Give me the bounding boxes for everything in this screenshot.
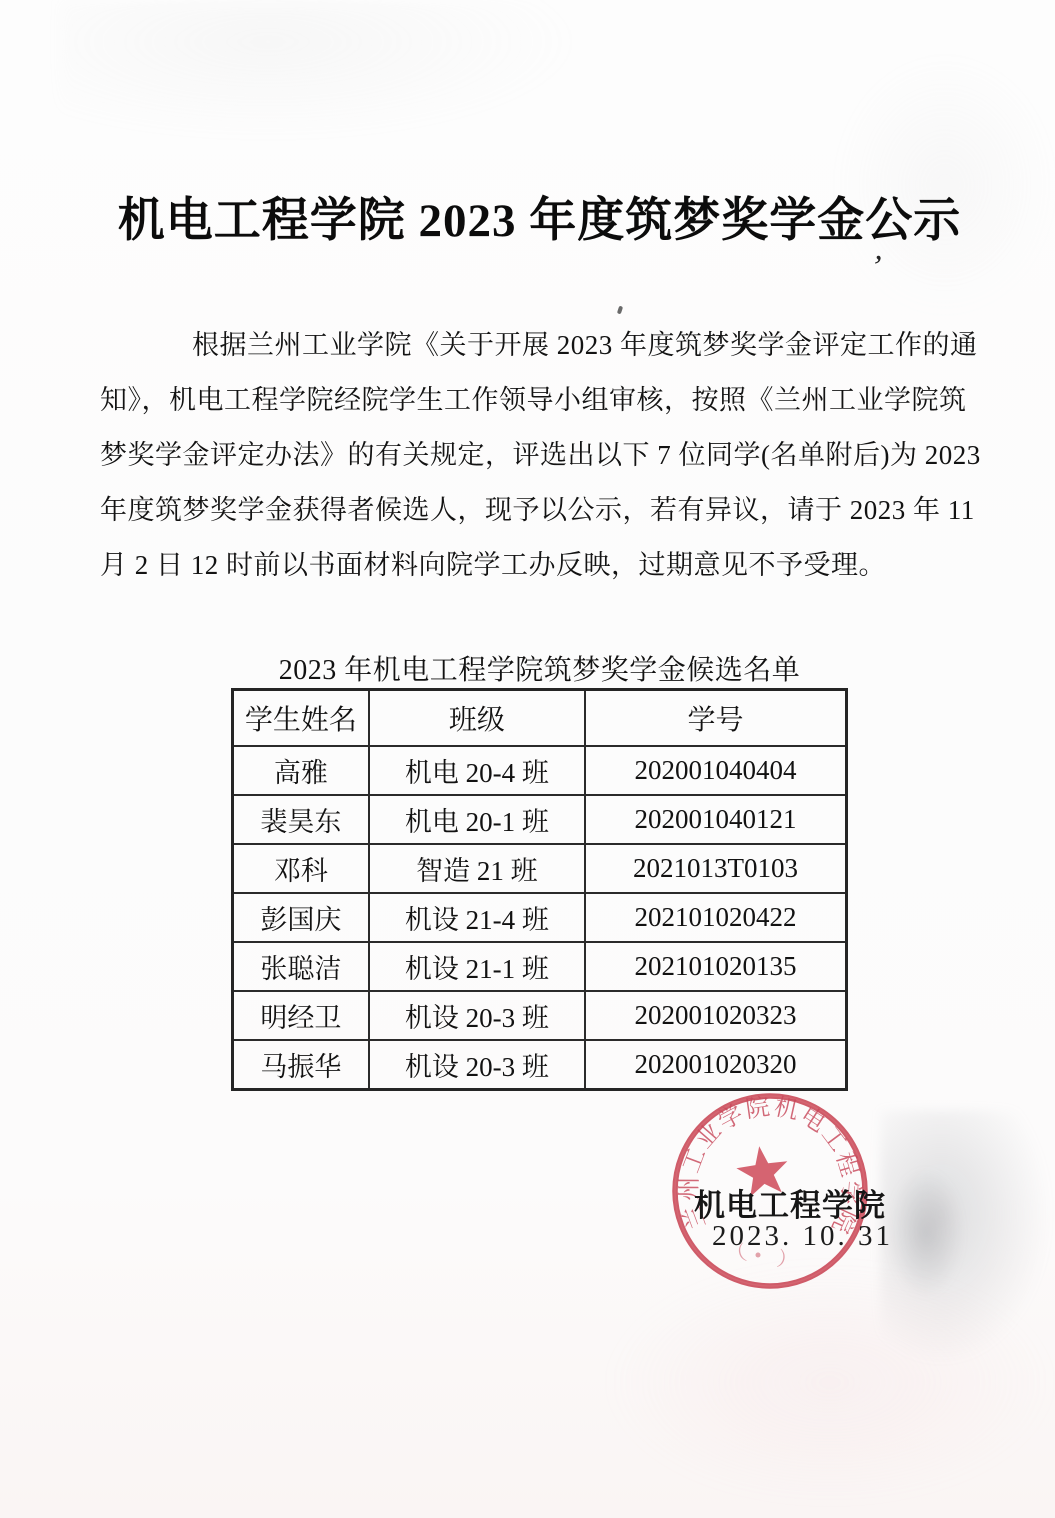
cell-class: 智造 21 班 [369, 844, 585, 893]
paragraph-line: 知》，机电工程学院经院学生工作领导小组审核，按照《兰州工业学院筑 [100, 373, 1000, 428]
cell-student-name: 马振华 [233, 1040, 369, 1090]
seal-signature-text: 机电工程学院 [694, 1180, 886, 1225]
scan-smudge [60, 0, 580, 140]
cell-student-name: 彭国庆 [233, 893, 369, 942]
cell-student-id: 202001020320 [585, 1040, 846, 1090]
scan-smudge [888, 1168, 963, 1298]
table-row: 邓科 智造 21 班 2021013T0103 [233, 844, 847, 893]
table-row: 马振华 机设 20-3 班 202001020320 [233, 1040, 847, 1090]
scanned-document-page: 机电工程学院 2023 年度筑梦奖学金公示 ’ 根据兰州工业学院《关于开展 20… [0, 0, 1055, 1518]
scan-speck [617, 306, 623, 315]
scan-artifact-mark: ’ [870, 249, 885, 282]
cell-student-id: 202101020135 [585, 942, 846, 991]
cell-student-id: 202001020323 [585, 991, 846, 1040]
candidates-table: 学生姓名 班级 学号 高雅 机电 20-4 班 202001040404 裴昊东… [231, 688, 848, 1091]
seal-date-text: 2023. 10. 31 [712, 1220, 893, 1253]
cell-class: 机设 21-4 班 [369, 893, 585, 942]
scan-smudge [610, 1265, 1050, 1500]
cell-class: 机设 20-3 班 [369, 1040, 585, 1090]
cell-student-id: 2021013T0103 [585, 844, 846, 893]
cell-student-name: 高雅 [233, 746, 369, 795]
cell-class: 机设 21-1 班 [369, 942, 585, 991]
paragraph-line: 月 2 日 12 时前以书面材料向院学工办反映，过期意见不予受理。 [100, 538, 1000, 593]
cell-student-name: 张聪洁 [233, 942, 369, 991]
cell-class: 机电 20-4 班 [369, 746, 585, 795]
column-header-class: 班级 [369, 690, 585, 747]
table-row: 明经卫 机设 20-3 班 202001020323 [233, 991, 847, 1040]
document-title: 机电工程学院 2023 年度筑梦奖学金公示 [0, 183, 1055, 250]
cell-student-name: 邓科 [233, 844, 369, 893]
cell-student-id: 202001040121 [585, 795, 846, 844]
table-row: 张聪洁 机设 21-1 班 202101020135 [233, 942, 847, 991]
column-header-student-name: 学生姓名 [233, 690, 369, 747]
cell-student-name: 裴昊东 [233, 795, 369, 844]
table-row: 高雅 机电 20-4 班 202001040404 [233, 746, 847, 795]
cell-student-id: 202001040404 [585, 746, 846, 795]
paragraph-line: 梦奖学金评定办法》的有关规定，评选出以下 7 位同学(名单附后)为 2023 [100, 428, 1000, 483]
table-row: 彭国庆 机设 21-4 班 202101020422 [233, 893, 847, 942]
cell-class: 机电 20-1 班 [369, 795, 585, 844]
paragraph-line: 年度筑梦奖学金获得者候选人，现予以公示，若有异议，请于 2023 年 11 [100, 483, 1000, 538]
cell-student-id: 202101020422 [585, 893, 846, 942]
scan-smudge [880, 1110, 1055, 1370]
table-title: 2023 年机电工程学院筑梦奖学金候选名单 [233, 648, 846, 688]
table-header-row: 学生姓名 班级 学号 [233, 690, 847, 747]
announcement-paragraph: 根据兰州工业学院《关于开展 2023 年度筑梦奖学金评定工作的通 知》，机电工程… [100, 318, 1000, 593]
paragraph-line: 根据兰州工业学院《关于开展 2023 年度筑梦奖学金评定工作的通 [100, 318, 1000, 373]
cell-student-name: 明经卫 [233, 991, 369, 1040]
table-row: 裴昊东 机电 20-1 班 202001040121 [233, 795, 847, 844]
column-header-student-id: 学号 [585, 690, 846, 747]
cell-class: 机设 20-3 班 [369, 991, 585, 1040]
